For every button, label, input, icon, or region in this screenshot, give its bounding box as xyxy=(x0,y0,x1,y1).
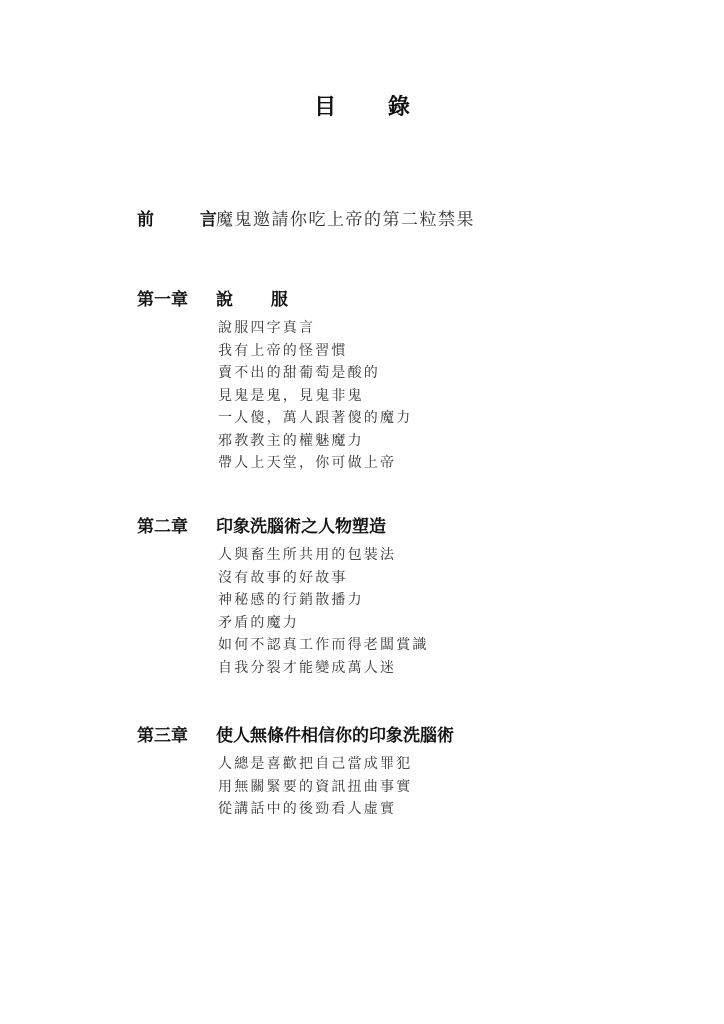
toc-item: 用無關緊要的資訊扭曲事實 xyxy=(218,776,454,799)
toc-item: 賣不出的甜葡萄是酸的 xyxy=(218,362,412,385)
toc-item: 我有上帝的怪習慣 xyxy=(218,340,412,363)
toc-item: 一人傻，萬人跟著傻的魔力 xyxy=(218,407,412,430)
toc-item: 神秘感的行銷散播力 xyxy=(218,589,429,612)
toc-item: 矛盾的魔力 xyxy=(218,612,429,635)
page-title: 目 錄 xyxy=(0,93,724,123)
chapter-3-heading: 第三章 使人無條件相信你的印象洗腦術 xyxy=(137,719,454,747)
chapter-2-items: 人與畜生所共用的包裝法 沒有故事的好故事 神秘感的行銷散播力 矛盾的魔力 如何不… xyxy=(218,544,429,679)
chapter-2-heading: 第二章 印象洗腦術之人物塑造 xyxy=(137,510,429,538)
chapter-3-items: 人總是喜歡把自己當成罪犯 用無關緊要的資訊扭曲事實 從講話中的後勁看人虛實 xyxy=(218,753,454,821)
chapter-1-title: 說 服 xyxy=(216,285,304,310)
toc-item: 邪教教主的權魅魔力 xyxy=(218,430,412,453)
preface-title: 魔鬼邀請你吃上帝的第二粒禁果 xyxy=(216,205,475,230)
toc-item: 帶人上天堂，你可做上帝 xyxy=(218,452,412,475)
toc-item: 從講話中的後勁看人虛實 xyxy=(218,798,454,821)
toc-item: 如何不認真工作而得老闆賞識 xyxy=(218,634,429,657)
chapter-2-label: 第二章 xyxy=(137,512,216,537)
chapter-2-section: 第二章 印象洗腦術之人物塑造 人與畜生所共用的包裝法 沒有故事的好故事 神秘感的… xyxy=(137,510,429,679)
toc-item: 說服四字真言 xyxy=(218,317,412,340)
preface-heading: 前 言 魔鬼邀請你吃上帝的第二粒禁果 xyxy=(137,203,475,231)
toc-item: 人總是喜歡把自己當成罪犯 xyxy=(218,753,454,776)
chapter-1-items: 說服四字真言 我有上帝的怪習慣 賣不出的甜葡萄是酸的 見鬼是鬼，見鬼非鬼 一人傻… xyxy=(218,317,412,475)
chapter-3-section: 第三章 使人無條件相信你的印象洗腦術 人總是喜歡把自己當成罪犯 用無關緊要的資訊… xyxy=(137,719,454,821)
toc-item: 人與畜生所共用的包裝法 xyxy=(218,544,429,567)
chapter-2-title: 印象洗腦術之人物塑造 xyxy=(216,512,386,537)
toc-item: 見鬼是鬼，見鬼非鬼 xyxy=(218,385,412,408)
chapter-3-title: 使人無條件相信你的印象洗腦術 xyxy=(216,721,454,746)
preface-section: 前 言 魔鬼邀請你吃上帝的第二粒禁果 xyxy=(137,203,475,231)
toc-item: 沒有故事的好故事 xyxy=(218,567,429,590)
chapter-1-section: 第一章 說 服 說服四字真言 我有上帝的怪習慣 賣不出的甜葡萄是酸的 見鬼是鬼，… xyxy=(137,283,412,475)
chapter-1-heading: 第一章 說 服 xyxy=(137,283,412,311)
preface-label: 前 言 xyxy=(137,205,216,230)
chapter-3-label: 第三章 xyxy=(137,721,216,746)
toc-item: 自我分裂才能變成萬人迷 xyxy=(218,657,429,680)
chapter-1-label: 第一章 xyxy=(137,285,216,310)
